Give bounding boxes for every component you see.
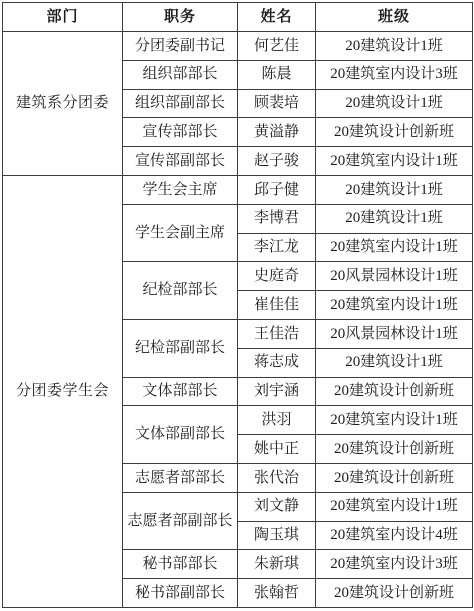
name-cell: 洪羽	[238, 406, 316, 435]
name-cell: 陈晨	[238, 60, 316, 89]
column-header-department: 部门	[3, 3, 123, 32]
position-cell: 宣传部副部长	[123, 147, 238, 176]
class-cell: 20建筑设计1班	[316, 348, 473, 377]
name-cell: 李江龙	[238, 233, 316, 262]
name-cell: 何艺佳	[238, 32, 316, 61]
class-cell: 20风景园林设计1班	[316, 262, 473, 291]
class-cell: 20建筑室内设计3班	[316, 60, 473, 89]
class-cell: 20建筑设计创新班	[316, 463, 473, 492]
position-cell: 学生会主席	[123, 175, 238, 204]
class-cell: 20风景园林设计1班	[316, 319, 473, 348]
position-cell: 纪检部副部长	[123, 319, 238, 377]
column-header-class: 班级	[316, 3, 473, 32]
name-cell: 顾裴培	[238, 89, 316, 118]
class-cell: 20建筑室内设计3班	[316, 550, 473, 579]
department-cell: 建筑系分团委	[3, 32, 123, 176]
name-cell: 赵子骏	[238, 147, 316, 176]
roster-table: 部门 职务 姓名 班级 建筑系分团委分团委副书记何艺佳20建筑设计1班组织部部长…	[2, 2, 473, 608]
name-cell: 张代治	[238, 463, 316, 492]
position-cell: 分团委副书记	[123, 32, 238, 61]
class-cell: 20建筑室内设计1班	[316, 291, 473, 320]
name-cell: 刘宇涵	[238, 377, 316, 406]
position-cell: 组织部副部长	[123, 89, 238, 118]
position-cell: 志愿者部副部长	[123, 492, 238, 550]
class-cell: 20建筑室内设计1班	[316, 406, 473, 435]
document-page: 部门 职务 姓名 班级 建筑系分团委分团委副书记何艺佳20建筑设计1班组织部部长…	[0, 0, 474, 611]
position-cell: 纪检部部长	[123, 262, 238, 320]
name-cell: 朱新琪	[238, 550, 316, 579]
position-cell: 文体部副部长	[123, 406, 238, 464]
class-cell: 20建筑设计1班	[316, 89, 473, 118]
class-cell: 20建筑设计1班	[316, 204, 473, 233]
table-row: 分团委学生会学生会主席邱子健20建筑设计1班	[3, 175, 473, 204]
name-cell: 张翰哲	[238, 579, 316, 608]
name-cell: 陶玉琪	[238, 521, 316, 550]
name-cell: 崔佳佳	[238, 291, 316, 320]
name-cell: 李博君	[238, 204, 316, 233]
class-cell: 20建筑室内设计4班	[316, 521, 473, 550]
name-cell: 黄溢静	[238, 118, 316, 147]
class-cell: 20建筑设计创新班	[316, 435, 473, 464]
class-cell: 20建筑室内设计1班	[316, 492, 473, 521]
class-cell: 20建筑设计创新班	[316, 579, 473, 608]
position-cell: 志愿者部部长	[123, 463, 238, 492]
name-cell: 刘文静	[238, 492, 316, 521]
name-cell: 史庭奇	[238, 262, 316, 291]
name-cell: 姚中正	[238, 435, 316, 464]
name-cell: 邱子健	[238, 175, 316, 204]
position-cell: 秘书部副部长	[123, 579, 238, 608]
roster-table-body: 建筑系分团委分团委副书记何艺佳20建筑设计1班组织部部长陈晨20建筑室内设计3班…	[3, 32, 473, 608]
class-cell: 20建筑室内设计1班	[316, 147, 473, 176]
class-cell: 20建筑设计1班	[316, 32, 473, 61]
position-cell: 宣传部部长	[123, 118, 238, 147]
position-cell: 组织部部长	[123, 60, 238, 89]
class-cell: 20建筑设计创新班	[316, 118, 473, 147]
position-cell: 文体部部长	[123, 377, 238, 406]
class-cell: 20建筑室内设计1班	[316, 233, 473, 262]
column-header-position: 职务	[123, 3, 238, 32]
column-header-name: 姓名	[238, 3, 316, 32]
position-cell: 学生会副主席	[123, 204, 238, 262]
class-cell: 20建筑设计创新班	[316, 377, 473, 406]
position-cell: 秘书部部长	[123, 550, 238, 579]
table-row: 建筑系分团委分团委副书记何艺佳20建筑设计1班	[3, 32, 473, 61]
name-cell: 王佳浩	[238, 319, 316, 348]
class-cell: 20建筑设计1班	[316, 175, 473, 204]
name-cell: 蒋志成	[238, 348, 316, 377]
department-cell: 分团委学生会	[3, 175, 123, 607]
header-row: 部门 职务 姓名 班级	[3, 3, 473, 32]
